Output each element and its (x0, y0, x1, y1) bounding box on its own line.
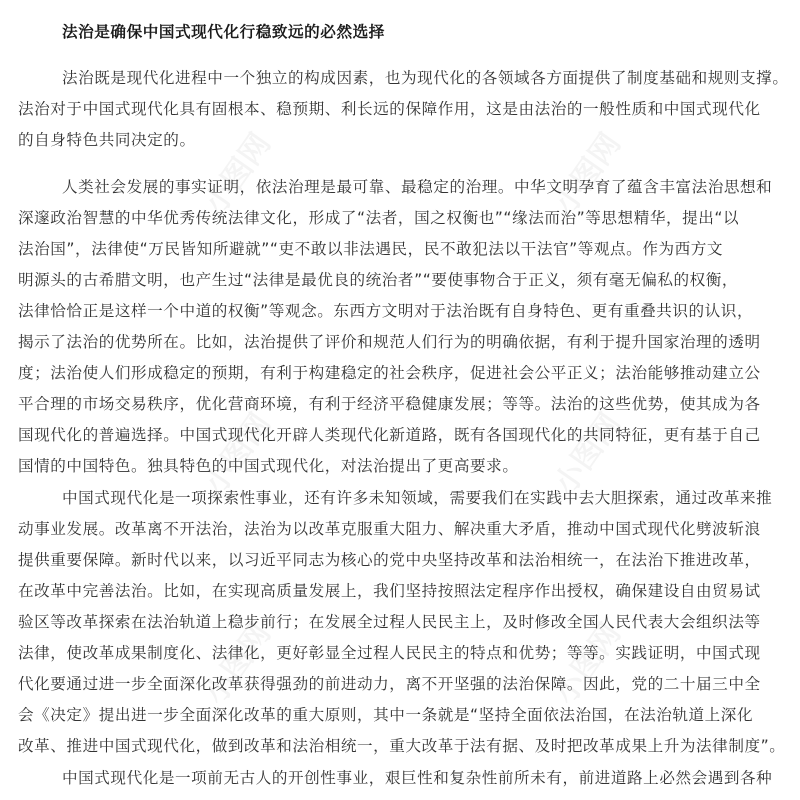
paragraph-line: 国现代化的普遍选择。中国式现代化开辟人类现代化新道路，既有各国现代化的共同特征，… (18, 420, 772, 451)
paragraph-line: 动事业发展。改革离不开法治，法治为以改革克服重大阻力、解决重大矛盾，推动中国式现… (18, 514, 785, 545)
paragraph-line: 深邃政治智慧的中华优秀传统法律文化，形成了“法者，国之权衡也”“缘法而治”等思想… (18, 203, 772, 234)
paragraph-4: 中国式现代化是一项前无古人的开创性事业，艰巨性和复杂性前所未有，前进道路上必然会… (18, 763, 772, 794)
paragraph-line: 度；法治使人们形成稳定的预期，有利于构建稳定的社会秩序，促进社会公平正义；法治能… (18, 358, 772, 389)
paragraph-line: 平合理的市场交易秩序，优化营商环境，有利于经济平稳健康发展；等等。法治的这些优势… (18, 389, 772, 420)
paragraph-line: 法治既是现代化进程中一个独立的构成因素，也为现代化的各领域各方面提供了制度基础和… (18, 63, 788, 94)
paragraph-line: 验区等改革探索在法治轨道上稳步前行；在发展全过程人民民主上，及时修改全国人民代表… (18, 607, 785, 638)
paragraph-line: 代化要通过进一步全面深化改革获得强劲的前进动力，离不开坚强的法治保障。因此，党的… (18, 669, 785, 700)
paragraph-1: 法治既是现代化进程中一个独立的构成因素，也为现代化的各领域各方面提供了制度基础和… (18, 63, 788, 156)
paragraph-line: 人类社会发展的事实证明，依法治理是最可靠、最稳定的治理。中华文明孕育了蕴含丰富法… (18, 172, 772, 203)
paragraph-line: 在改革中完善法治。比如，在实现高质量发展上，我们坚持按照法定程序作出授权，确保建… (18, 576, 785, 607)
paragraph-line: 法律恰恰正是这样一个中道的权衡”等观念。东西方文明对于法治既有自身特色、更有重叠… (18, 296, 772, 327)
paragraph-line: 法治国”，法律使“万民皆知所避就”“吏不敢以非法遇民，民不敢犯法以干法官”等观点… (18, 234, 772, 265)
article-title: 法治是确保中国式现代化行稳致远的必然选择 (62, 20, 385, 42)
paragraph-line: 中国式现代化是一项探索性事业，还有许多未知领域，需要我们在实践中去大胆探索，通过… (18, 483, 785, 514)
paragraph-line: 揭示了法治的优势所在。比如，法治提供了评价和规范人们行为的明确依据，有利于提升国… (18, 327, 772, 358)
paragraph-line: 会《决定》提出进一步全面深化改革的重大原则，其中一条就是“坚持全面依法治国，在法… (18, 700, 785, 731)
paragraph-line: 明源头的古希腊文明，也产生过“法律是最优良的统治者”“要使事物合于正义，须有毫无… (18, 265, 772, 296)
paragraph-line: 的自身特色共同决定的。 (18, 125, 788, 156)
paragraph-line: 改革、推进中国式现代化，做到改革和法治相统一，重大改革于法有据、及时把改革成果上… (18, 731, 785, 762)
paragraph-line: 法律，使改革成果制度化、法律化，更好彰显全过程人民民主的特点和优势；等等。实践证… (18, 638, 785, 669)
paragraph-line: 提供重要保障。新时代以来，以习近平同志为核心的党中央坚持改革和法治相统一，在法治… (18, 545, 785, 576)
paragraph-line: 法治对于中国式现代化具有固根本、稳预期、利长远的保障作用，这是由法治的一般性质和… (18, 94, 788, 125)
paragraph-line: 中国式现代化是一项前无古人的开创性事业，艰巨性和复杂性前所未有，前进道路上必然会… (18, 763, 772, 794)
paragraph-2: 人类社会发展的事实证明，依法治理是最可靠、最稳定的治理。中华文明孕育了蕴含丰富法… (18, 172, 772, 482)
paragraph-line: 国情的中国特色。独具特色的中国式现代化，对法治提出了更高要求。 (18, 451, 772, 482)
paragraph-3: 中国式现代化是一项探索性事业，还有许多未知领域，需要我们在实践中去大胆探索，通过… (18, 483, 785, 762)
